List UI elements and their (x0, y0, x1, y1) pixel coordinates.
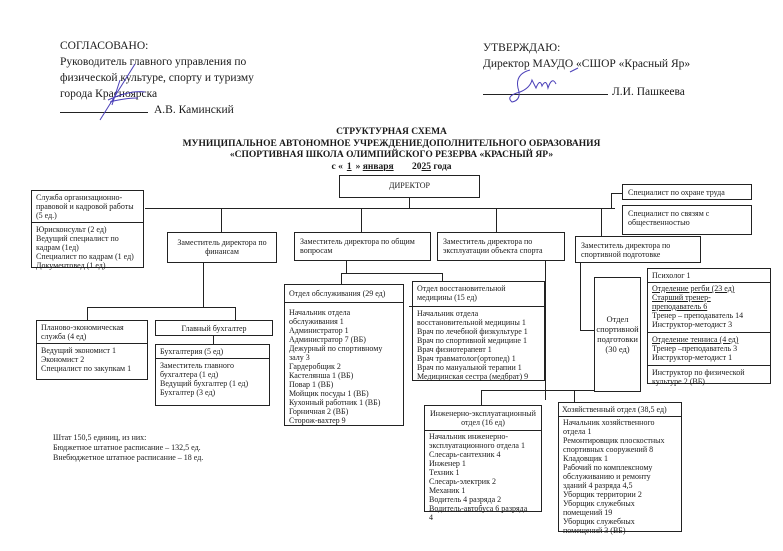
connector (574, 390, 575, 402)
title-date: с «1» января 2025 года (0, 162, 783, 174)
deputy-sport-box: Заместитель директора по спортивной подг… (575, 236, 701, 263)
public-relations-box: Специалист по связям с общественностью (622, 205, 752, 235)
sport-dept-box: Отдел спортивной подготовки (30 ед) (594, 277, 641, 392)
connector (87, 307, 236, 308)
accounting-box: Бухгалтерия (5 ед) Заместитель главного … (155, 344, 270, 406)
legal-service-box: Служба организационно- правовой и кадров… (31, 190, 144, 268)
sport-units-box: Психолог 1 Отделение регби (23 ед) Старш… (647, 268, 771, 384)
connector (346, 260, 347, 273)
service-dept-box: Отдел обслуживания (29 ед) Начальник отд… (284, 284, 404, 426)
document-title: СТРУКТУРНАЯ СХЕМА МУНИЦИПАЛЬНОЕ АВТОНОМН… (0, 127, 783, 173)
title-line-3: «СПОРТИВНАЯ ШКОЛА ОЛИМПИЙСКОГО РЕЗЕРВА «… (0, 150, 783, 162)
approval-right-heading: УТВЕРЖДАЮ: (483, 40, 690, 56)
connector (496, 208, 497, 232)
approval-right-signer: Л.И. Пашкеева (612, 86, 685, 98)
approval-left-heading: СОГЛАСОВАНО: (60, 38, 254, 54)
deputy-operations-box: Заместитель директора по эксплуатации об… (437, 232, 565, 261)
deputy-finance-box: Заместитель директора по финансам (167, 232, 277, 263)
staff-note: Штат 150,5 единиц, из них: Бюджетное шта… (53, 433, 203, 463)
title-line-2: МУНИЦИПАЛЬНОЕ АВТОНОМНОЕ УЧРЕЖДЕНИЕДОПОЛ… (0, 139, 783, 151)
connector (580, 330, 594, 331)
connector (611, 193, 612, 209)
connector (145, 208, 615, 209)
deputy-general-box: Заместитель директора по общим вопросам (294, 232, 431, 261)
connector (221, 208, 222, 233)
connector (580, 260, 581, 330)
title-line-1: СТРУКТУРНАЯ СХЕМА (0, 127, 783, 139)
engineering-dept-box: Инженерно-эксплуатационный отдел (16 ед)… (424, 405, 542, 512)
labor-safety-box: Специалист по охране труда (622, 184, 752, 200)
chief-accountant-box: Главный бухгалтер (155, 320, 273, 336)
signature-right-icon (500, 66, 600, 106)
household-dept-box: Хозяйственный отдел (38,5 ед) Начальник … (558, 402, 682, 532)
medicine-dept-box: Отдел восстановительной медицины (15 ед)… (412, 281, 545, 381)
connector (481, 390, 482, 406)
planning-service-box: Планово-экономическая служба (4 ед) Веду… (36, 320, 148, 380)
signature-left-icon (80, 60, 160, 125)
approval-left-signer: А.В. Каминский (154, 104, 234, 116)
connector (203, 262, 204, 307)
director-box: ДИРЕКТОР (339, 175, 480, 198)
connector (611, 193, 622, 194)
connector (601, 208, 602, 236)
connector (361, 208, 362, 232)
connector (341, 273, 443, 274)
connector (545, 260, 546, 400)
connector (409, 197, 410, 209)
